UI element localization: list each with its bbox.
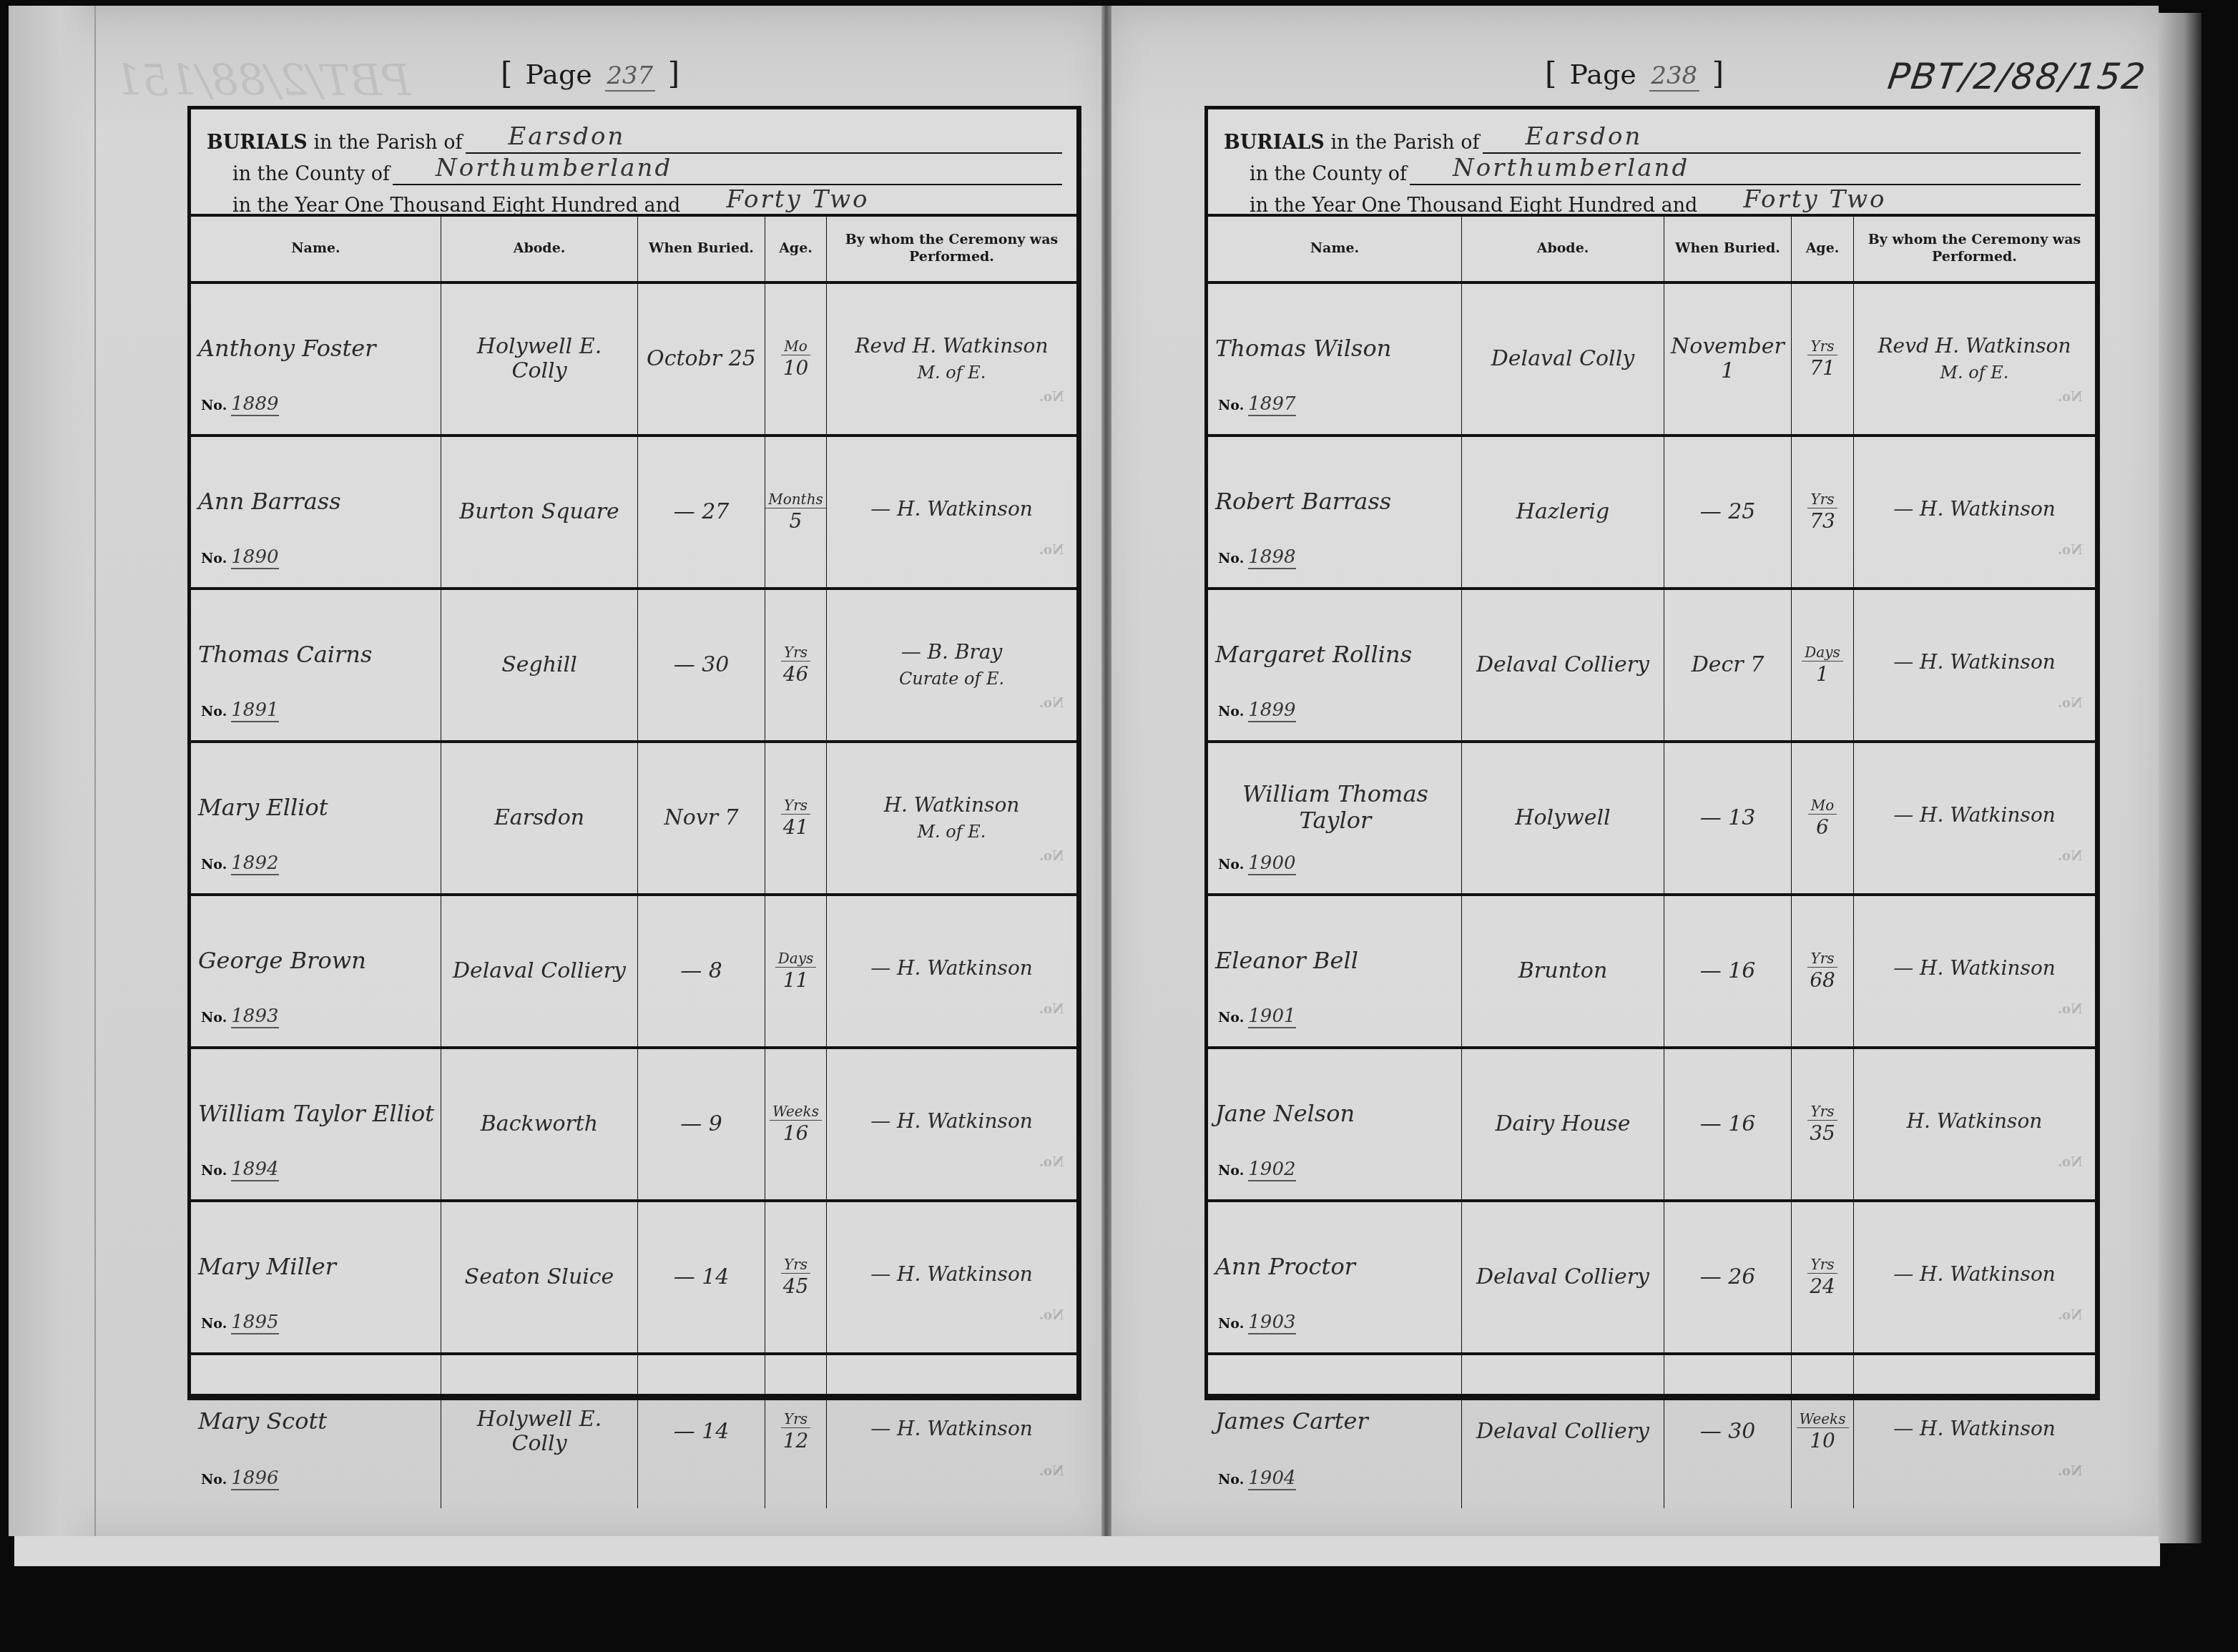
col-name: Name. bbox=[191, 217, 441, 281]
entry-abode: Delaval Colly bbox=[1462, 284, 1664, 434]
bleed-through-no: No. bbox=[2058, 1465, 2082, 1480]
entry-officiant: — H. Watkinson No. bbox=[1854, 743, 2095, 893]
table-row: Jane Nelson No.1902 Dairy House — 16 Yrs… bbox=[1208, 1049, 2095, 1202]
year-field: Forty Two bbox=[683, 190, 1062, 217]
entry-age: Yrs 12 bbox=[765, 1355, 827, 1508]
entry-abode: Dairy House bbox=[1462, 1049, 1664, 1199]
entry-when-buried: — 14 bbox=[638, 1355, 765, 1508]
age-unit: Mo bbox=[781, 338, 810, 355]
bleed-through-no: No. bbox=[2058, 697, 2082, 712]
entry-name: William Taylor Elliot No.1894 bbox=[191, 1049, 441, 1199]
table-row: Mary Elliot No.1892 Earsdon Novr 7 Yrs 4… bbox=[191, 743, 1076, 896]
officiant-name: — H. Watkinson bbox=[870, 1110, 1033, 1133]
officiant-name: — H. Watkinson bbox=[1893, 498, 2056, 521]
deceased-name: Anthony Foster bbox=[198, 335, 376, 362]
entry-age: Months 5 bbox=[765, 437, 827, 587]
entry-number: No.1893 bbox=[201, 1006, 279, 1028]
entry-age: Mo 10 bbox=[765, 284, 827, 434]
officiant-name: — H. Watkinson bbox=[1893, 1417, 2056, 1440]
col-abode: Abode. bbox=[441, 217, 638, 281]
officiant-name: — H. Watkinson bbox=[1893, 957, 2056, 980]
deceased-name: James Carter bbox=[1215, 1408, 1368, 1435]
table-row: Eleanor Bell No.1901 Brunton — 16 Yrs 68… bbox=[1208, 896, 2095, 1049]
col-age: Age. bbox=[765, 217, 827, 281]
deceased-name: Mary Scott bbox=[198, 1408, 327, 1435]
officiant-name: — B. Bray bbox=[901, 641, 1003, 664]
deceased-name: George Brown bbox=[198, 948, 366, 974]
age-value: 71 bbox=[1810, 357, 1835, 380]
entry-number: No.1889 bbox=[201, 394, 279, 416]
table-row: Ann Barrass No.1890 Burton Square — 27 M… bbox=[191, 437, 1076, 590]
entry-officiant: Revd H. Watkinson M. of E. No. bbox=[1854, 284, 2095, 434]
officiant-name: — H. Watkinson bbox=[870, 1417, 1033, 1440]
entry-officiant: — H. Watkinson No. bbox=[827, 1202, 1076, 1352]
entry-number: No.1894 bbox=[201, 1159, 279, 1181]
bleed-through-no: No. bbox=[2058, 1309, 2082, 1324]
year-field: Forty Two bbox=[1700, 190, 2081, 217]
bleed-through-no: No. bbox=[1039, 850, 1064, 865]
entry-officiant: H. Watkinson No. bbox=[1854, 1049, 2095, 1199]
entry-abode: Backworth bbox=[441, 1049, 638, 1199]
archive-reference: PBT/2/88/152 bbox=[1885, 56, 2149, 97]
left-register-table: BURIALS in the Parish of Earsdon in the … bbox=[187, 106, 1081, 1400]
age-value: 45 bbox=[783, 1275, 809, 1298]
entry-when-buried: — 16 bbox=[1664, 1049, 1792, 1199]
entry-abode: Burton Square bbox=[441, 437, 638, 587]
age-unit: Yrs bbox=[781, 644, 810, 662]
entry-age: Yrs 35 bbox=[1792, 1049, 1854, 1199]
age-value: 16 bbox=[783, 1122, 809, 1145]
age-value: 35 bbox=[1810, 1122, 1835, 1145]
age-unit: Yrs bbox=[781, 1257, 810, 1274]
age-unit: Days bbox=[775, 950, 817, 968]
entry-when-buried: Octobr 25 bbox=[638, 284, 765, 434]
age-unit: Days bbox=[1802, 644, 1843, 662]
officiant-title: M. of E. bbox=[918, 363, 986, 383]
entry-name: Mary Scott No.1896 bbox=[191, 1355, 441, 1508]
entry-when-buried: Novr 7 bbox=[638, 743, 765, 893]
col-when-buried: When Buried. bbox=[1664, 217, 1792, 281]
age-unit: Yrs bbox=[1807, 338, 1837, 355]
entry-age: Mo 6 bbox=[1792, 743, 1854, 893]
deceased-name: William Thomas Taylor bbox=[1215, 781, 1456, 834]
deceased-name: Ann Proctor bbox=[1215, 1254, 1355, 1280]
parish-field: Earsdon bbox=[466, 127, 1062, 154]
entry-number: No.1895 bbox=[201, 1312, 279, 1334]
entry-officiant: — H. Watkinson No. bbox=[1854, 590, 2095, 740]
deceased-name: Mary Elliot bbox=[198, 795, 328, 821]
bleed-through-reference: PBT/2/88/151 bbox=[114, 56, 411, 106]
deceased-name: Margaret Rollins bbox=[1215, 641, 1412, 668]
entry-name: Ann Proctor No.1903 bbox=[1208, 1202, 1462, 1352]
entry-number: No.1902 bbox=[1218, 1159, 1296, 1181]
entry-officiant: — H. Watkinson No. bbox=[1854, 437, 2095, 587]
age-value: 46 bbox=[783, 663, 809, 686]
table-row: Thomas Wilson No.1897 Delaval Colly Nove… bbox=[1208, 284, 2095, 437]
entry-name: Ann Barrass No.1890 bbox=[191, 437, 441, 587]
register-header: BURIALS in the Parish of Earsdon in the … bbox=[1208, 109, 2095, 217]
bleed-through-no: No. bbox=[2058, 544, 2082, 559]
entry-age: Yrs 71 bbox=[1792, 284, 1854, 434]
entry-officiant: — H. Watkinson No. bbox=[827, 896, 1076, 1046]
bleed-through-no: No. bbox=[1039, 697, 1064, 712]
entry-number: No.1891 bbox=[201, 700, 279, 722]
entry-abode: Hazlerig bbox=[1462, 437, 1664, 587]
bleed-through-no: No. bbox=[1039, 390, 1064, 405]
table-row: Ann Proctor No.1903 Delaval Colliery — 2… bbox=[1208, 1202, 2095, 1355]
deceased-name: Thomas Wilson bbox=[1215, 335, 1391, 362]
entry-number: No.1897 bbox=[1218, 394, 1296, 416]
entry-abode: Brunton bbox=[1462, 896, 1664, 1046]
age-unit: Yrs bbox=[781, 797, 810, 815]
entry-abode: Holywell bbox=[1462, 743, 1664, 893]
age-value: 1 bbox=[1816, 663, 1829, 686]
entry-when-buried: — 30 bbox=[638, 590, 765, 740]
entry-officiant: — H. Watkinson No. bbox=[827, 1355, 1076, 1508]
bleed-through-no: No. bbox=[2058, 1003, 2082, 1018]
entry-officiant: — H. Watkinson No. bbox=[827, 1049, 1076, 1199]
table-row: George Brown No.1893 Delaval Colliery — … bbox=[191, 896, 1076, 1049]
officiant-name: H. Watkinson bbox=[884, 794, 1020, 817]
entry-name: Margaret Rollins No.1899 bbox=[1208, 590, 1462, 740]
entry-officiant: Revd H. Watkinson M. of E. No. bbox=[827, 284, 1076, 434]
age-value: 6 bbox=[1816, 816, 1829, 839]
entry-age: Weeks 16 bbox=[765, 1049, 827, 1199]
entry-officiant: — H. Watkinson No. bbox=[827, 437, 1076, 587]
col-age: Age. bbox=[1792, 217, 1854, 281]
entry-age: Yrs 73 bbox=[1792, 437, 1854, 587]
entry-when-buried: — 27 bbox=[638, 437, 765, 587]
entry-officiant: H. Watkinson M. of E. No. bbox=[827, 743, 1076, 893]
entry-officiant: — H. Watkinson No. bbox=[1854, 1202, 2095, 1352]
table-row: Thomas Cairns No.1891 Seghill — 30 Yrs 4… bbox=[191, 590, 1076, 743]
age-value: 11 bbox=[783, 969, 809, 992]
age-unit: Months bbox=[765, 491, 826, 508]
entry-abode: Delaval Colliery bbox=[1462, 1202, 1664, 1352]
entry-when-buried: — 13 bbox=[1664, 743, 1792, 893]
col-name: Name. bbox=[1208, 217, 1462, 281]
deceased-name: Eleanor Bell bbox=[1215, 948, 1358, 974]
age-unit: Yrs bbox=[1807, 950, 1837, 968]
entry-age: Yrs 24 bbox=[1792, 1202, 1854, 1352]
entry-name: Thomas Wilson No.1897 bbox=[1208, 284, 1462, 434]
age-value: 73 bbox=[1810, 510, 1835, 533]
entry-abode: Delaval Colliery bbox=[1462, 1355, 1664, 1508]
entry-when-buried: — 30 bbox=[1664, 1355, 1792, 1508]
bleed-through-no: No. bbox=[1039, 1003, 1064, 1018]
age-unit: Yrs bbox=[1807, 491, 1837, 508]
col-by-whom: By whom the Ceremony was Performed. bbox=[1854, 217, 2095, 281]
entry-when-buried: November 1 bbox=[1664, 284, 1792, 434]
register-header: BURIALS in the Parish of Earsdon in the … bbox=[191, 109, 1076, 217]
bleed-through-no: No. bbox=[2058, 850, 2082, 865]
entry-number: No.1901 bbox=[1218, 1006, 1296, 1028]
deceased-name: Thomas Cairns bbox=[198, 641, 372, 668]
register-spread: PBT/2/88/151 [ Page 237 ] [ Page 238 ] P… bbox=[0, 6, 2238, 1647]
table-row: William Thomas Taylor No.1900 Holywell —… bbox=[1208, 743, 2095, 896]
age-value: 12 bbox=[783, 1430, 809, 1452]
age-value: 10 bbox=[783, 357, 809, 380]
right-page-number: [ Page 238 ] bbox=[1545, 56, 1724, 92]
entry-rows: Anthony Foster No.1889 Holywell E. Colly… bbox=[191, 284, 1076, 1394]
age-unit: Yrs bbox=[1807, 1103, 1837, 1121]
entry-when-buried: — 25 bbox=[1664, 437, 1792, 587]
entry-age: Yrs 45 bbox=[765, 1202, 827, 1352]
entry-age: Yrs 68 bbox=[1792, 896, 1854, 1046]
table-row: James Carter No.1904 Delaval Colliery — … bbox=[1208, 1355, 2095, 1508]
col-by-whom: By whom the Ceremony was Performed. bbox=[827, 217, 1076, 281]
deceased-name: Jane Nelson bbox=[1215, 1101, 1355, 1127]
deceased-name: William Taylor Elliot bbox=[198, 1101, 434, 1127]
officiant-name: Revd H. Watkinson bbox=[855, 335, 1048, 358]
entry-name: Thomas Cairns No.1891 bbox=[191, 590, 441, 740]
bleed-through-no: No. bbox=[1039, 1156, 1064, 1171]
entry-name: George Brown No.1893 bbox=[191, 896, 441, 1046]
entry-abode: Delaval Colliery bbox=[441, 896, 638, 1046]
entry-name: Robert Barrass No.1898 bbox=[1208, 437, 1462, 587]
bleed-through-no: No. bbox=[1039, 544, 1064, 559]
entry-age: Yrs 46 bbox=[765, 590, 827, 740]
entry-abode: Holywell E. Colly bbox=[441, 284, 638, 434]
entry-rows: Thomas Wilson No.1897 Delaval Colly Nove… bbox=[1208, 284, 2095, 1394]
county-field: Northumberland bbox=[1410, 158, 2081, 185]
county-field: Northumberland bbox=[393, 158, 1062, 185]
column-headers: Name. Abode. When Buried. Age. By whom t… bbox=[1208, 217, 2095, 284]
entry-number: No.1898 bbox=[1218, 547, 1296, 569]
entry-number: No.1903 bbox=[1218, 1312, 1296, 1334]
right-register-table: BURIALS in the Parish of Earsdon in the … bbox=[1204, 106, 2100, 1400]
age-unit: Weeks bbox=[770, 1103, 822, 1121]
officiant-name: — H. Watkinson bbox=[870, 957, 1033, 980]
table-row: William Taylor Elliot No.1894 Backworth … bbox=[191, 1049, 1076, 1202]
table-row: Robert Barrass No.1898 Hazlerig — 25 Yrs… bbox=[1208, 437, 2095, 590]
entry-name: Eleanor Bell No.1901 bbox=[1208, 896, 1462, 1046]
officiant-title: M. of E. bbox=[918, 822, 986, 842]
age-value: 5 bbox=[790, 510, 803, 533]
entry-name: Anthony Foster No.1889 bbox=[191, 284, 441, 434]
entry-abode: Seaton Sluice bbox=[441, 1202, 638, 1352]
right-page-edge bbox=[2159, 13, 2202, 1543]
entry-number: No.1892 bbox=[201, 853, 279, 875]
officiant-name: — H. Watkinson bbox=[870, 498, 1033, 521]
entry-when-buried: — 14 bbox=[638, 1202, 765, 1352]
entry-officiant: — B. Bray Curate of E. No. bbox=[827, 590, 1076, 740]
entry-when-buried: — 16 bbox=[1664, 896, 1792, 1046]
entry-number: No.1904 bbox=[1218, 1468, 1296, 1490]
entry-when-buried: Decr 7 bbox=[1664, 590, 1792, 740]
page-number-value: 238 bbox=[1649, 62, 1699, 92]
officiant-name: H. Watkinson bbox=[1907, 1110, 2043, 1133]
page-number-value: 237 bbox=[605, 62, 655, 92]
age-value: 41 bbox=[783, 816, 809, 839]
parish-field: Earsdon bbox=[1483, 127, 2081, 154]
col-when-buried: When Buried. bbox=[638, 217, 765, 281]
officiant-name: — H. Watkinson bbox=[870, 1263, 1033, 1286]
entry-number: No.1896 bbox=[201, 1468, 279, 1490]
age-unit: Yrs bbox=[781, 1411, 810, 1428]
entry-abode: Earsdon bbox=[441, 743, 638, 893]
entry-when-buried: — 26 bbox=[1664, 1202, 1792, 1352]
entry-officiant: — H. Watkinson No. bbox=[1854, 1355, 2095, 1508]
entry-name: Jane Nelson No.1902 bbox=[1208, 1049, 1462, 1199]
entry-when-buried: — 9 bbox=[638, 1049, 765, 1199]
entry-when-buried: — 8 bbox=[638, 896, 765, 1046]
officiant-name: — H. Watkinson bbox=[1893, 1263, 2056, 1286]
entry-name: William Thomas Taylor No.1900 bbox=[1208, 743, 1462, 893]
officiant-name: — H. Watkinson bbox=[1893, 651, 2056, 674]
col-abode: Abode. bbox=[1462, 217, 1664, 281]
officiant-name: Revd H. Watkinson bbox=[1878, 335, 2071, 358]
entry-age: Weeks 10 bbox=[1792, 1355, 1854, 1508]
entry-age: Yrs 41 bbox=[765, 743, 827, 893]
age-value: 10 bbox=[1810, 1430, 1835, 1452]
table-row: Mary Scott No.1896 Holywell E. Colly — 1… bbox=[191, 1355, 1076, 1508]
entry-name: Mary Elliot No.1892 bbox=[191, 743, 441, 893]
deceased-name: Robert Barrass bbox=[1215, 488, 1391, 515]
officiant-title: M. of E. bbox=[1940, 363, 2009, 383]
table-row: Margaret Rollins No.1899 Delaval Collier… bbox=[1208, 590, 2095, 743]
bleed-through-no: No. bbox=[2058, 390, 2082, 405]
bleed-through-no: No. bbox=[1039, 1309, 1064, 1324]
officiant-name: — H. Watkinson bbox=[1893, 804, 2056, 827]
deceased-name: Mary Miller bbox=[198, 1254, 336, 1280]
entry-age: Days 11 bbox=[765, 896, 827, 1046]
left-page-number: [ Page 237 ] bbox=[501, 56, 679, 92]
officiant-title: Curate of E. bbox=[899, 669, 1004, 689]
entry-number: No.1899 bbox=[1218, 700, 1296, 722]
age-value: 24 bbox=[1810, 1275, 1835, 1298]
entry-name: Mary Miller No.1895 bbox=[191, 1202, 441, 1352]
deceased-name: Ann Barrass bbox=[198, 488, 341, 515]
column-headers: Name. Abode. When Buried. Age. By whom t… bbox=[191, 217, 1076, 284]
entry-officiant: — H. Watkinson No. bbox=[1854, 896, 2095, 1046]
entry-age: Days 1 bbox=[1792, 590, 1854, 740]
age-value: 68 bbox=[1810, 969, 1835, 992]
age-unit: Yrs bbox=[1807, 1257, 1837, 1274]
table-row: Anthony Foster No.1889 Holywell E. Colly… bbox=[191, 284, 1076, 437]
entry-number: No.1900 bbox=[1218, 853, 1296, 875]
book-spine bbox=[1101, 6, 1111, 1536]
bleed-through-no: No. bbox=[1039, 1465, 1064, 1480]
entry-abode: Delaval Colliery bbox=[1462, 590, 1664, 740]
entry-name: James Carter No.1904 bbox=[1208, 1355, 1462, 1508]
entry-abode: Holywell E. Colly bbox=[441, 1355, 638, 1508]
entry-number: No.1890 bbox=[201, 547, 279, 569]
table-row: Mary Miller No.1895 Seaton Sluice — 14 Y… bbox=[191, 1202, 1076, 1355]
age-unit: Mo bbox=[1808, 797, 1837, 815]
entry-abode: Seghill bbox=[441, 590, 638, 740]
bleed-through-no: No. bbox=[2058, 1156, 2082, 1171]
age-unit: Weeks bbox=[1797, 1411, 1849, 1428]
